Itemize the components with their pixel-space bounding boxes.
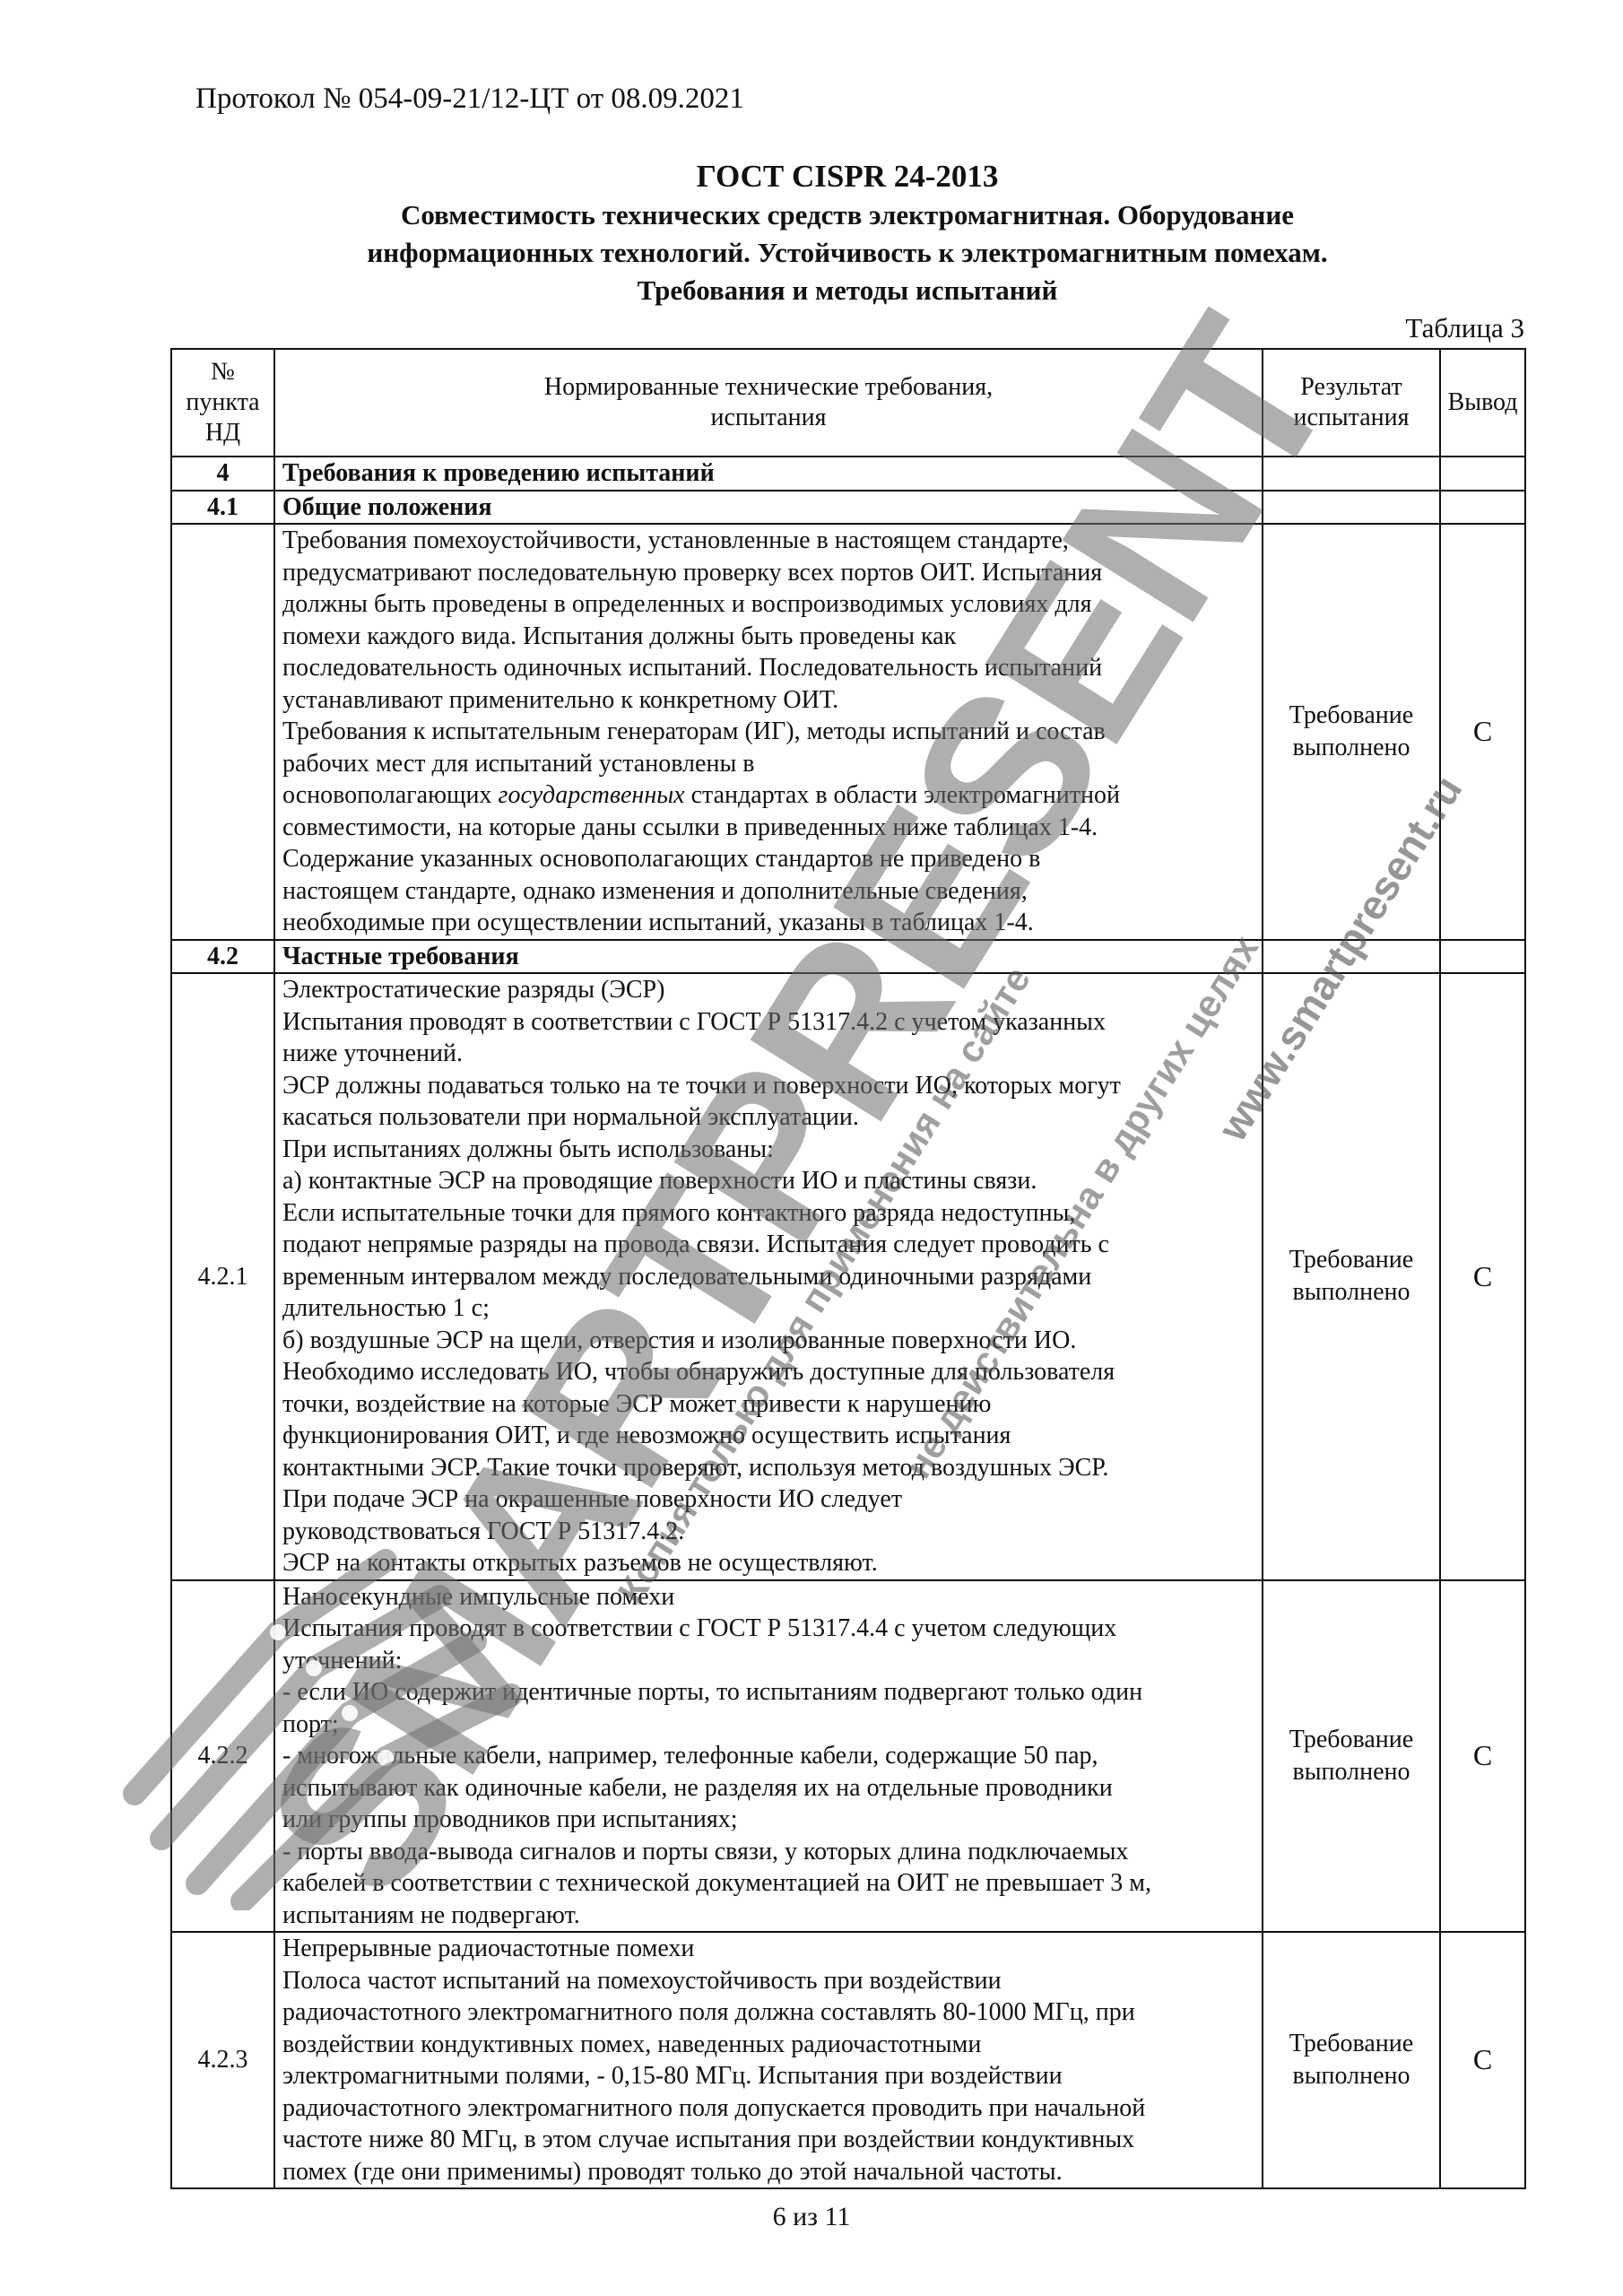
conclusion-cell xyxy=(1440,940,1525,974)
title-line: Совместимость технических средств электр… xyxy=(170,196,1524,234)
requirement-line: - порты ввода-вывода сигналов и порты св… xyxy=(282,1836,1254,1868)
section-title: Частные требования xyxy=(274,940,1263,974)
table-row: 4.2.1Электростатические разряды (ЭСР)Исп… xyxy=(171,973,1525,1580)
requirement-line: радиочастотного электромагнитного поля д… xyxy=(282,1996,1254,2029)
requirement-line: Испытания проводят в соответствии с ГОСТ… xyxy=(282,1613,1254,1645)
requirement-line: настоящем стандарте, однако изменения и … xyxy=(282,875,1254,908)
requirements-table: № пункта НД Нормированные технические тр… xyxy=(170,348,1526,2189)
requirement-line: порт; xyxy=(282,1709,1254,1741)
requirement-text: Требования помехоустойчивости, установле… xyxy=(274,524,1263,940)
conclusion-cell: С xyxy=(1440,973,1525,1580)
requirement-line: При подаче ЭСР на окрашенные поверхности… xyxy=(282,1483,1254,1516)
result-cell xyxy=(1263,491,1440,525)
requirement-line: При испытаниях должны быть использованы: xyxy=(282,1134,1254,1166)
header-text: № xyxy=(176,357,270,387)
requirement-line: испытывают как одиночные кабели, не разд… xyxy=(282,1772,1254,1805)
result-cell: Требованиевыполнено xyxy=(1263,524,1440,940)
requirement-line: временным интервалом между последователь… xyxy=(282,1261,1254,1293)
column-header-conclusion: Вывод xyxy=(1440,349,1525,457)
requirement-line: уточнений: xyxy=(282,1645,1254,1677)
column-header-requirements: Нормированные технические требования, ис… xyxy=(274,349,1263,457)
result-cell: Требованиевыполнено xyxy=(1263,1580,1440,1933)
table-row: 4.2.3Непрерывные радиочастотные помехиПо… xyxy=(171,1932,1525,2188)
header-text: НД xyxy=(176,418,270,448)
requirement-line: ЭСР должны подаваться только на те точки… xyxy=(282,1070,1254,1102)
requirement-line: б) воздушные ЭСР на щели, отверстия и из… xyxy=(282,1325,1254,1357)
requirement-line: контактными ЭСР. Такие точки проверяют, … xyxy=(282,1452,1254,1484)
section-number: 4 xyxy=(171,457,274,491)
requirement-line: последовательность одиночных испытаний. … xyxy=(282,652,1254,684)
requirement-line: - многожильные кабели, например, телефон… xyxy=(282,1740,1254,1772)
requirement-text: Электростатические разряды (ЭСР)Испытани… xyxy=(274,973,1263,1580)
result-text: Требование xyxy=(1271,700,1432,732)
requirement-text: Наносекундные импульсные помехиИспытания… xyxy=(274,1580,1263,1933)
requirement-line: испытаниям не подвергают. xyxy=(282,1900,1254,1932)
header-text: Результат xyxy=(1267,372,1436,403)
requirement-line: Необходимо исследовать ИО, чтобы обнаруж… xyxy=(282,1356,1254,1388)
item-number xyxy=(171,524,274,940)
requirement-line: необходимые при осуществлении испытаний,… xyxy=(282,907,1254,939)
requirement-line: кабелей в соответствии с технической док… xyxy=(282,1867,1254,1900)
result-text: выполнено xyxy=(1271,2060,1432,2092)
requirement-line: Полоса частот испытаний на помехоустойчи… xyxy=(282,1965,1254,1997)
standard-code: ГОСТ CISPR 24-2013 xyxy=(170,157,1524,196)
requirement-line: рабочих мест для испытаний установлены в xyxy=(282,748,1254,780)
requirement-line: электромагнитными полями, - 0,15-80 МГц.… xyxy=(282,2060,1254,2092)
conclusion-cell: С xyxy=(1440,1580,1525,1933)
title-line: информационных технологий. Устойчивость … xyxy=(170,234,1524,272)
requirement-line: Электростатические разряды (ЭСР) xyxy=(282,974,1254,1006)
requirement-text: Непрерывные радиочастотные помехиПолоса … xyxy=(274,1932,1263,2188)
requirement-line: касаться пользователи при нормальной экс… xyxy=(282,1101,1254,1134)
result-text: Требование xyxy=(1271,2028,1432,2060)
table-row: Требования помехоустойчивости, установле… xyxy=(171,524,1525,940)
requirement-line: Требования помехоустойчивости, установле… xyxy=(282,525,1254,557)
conclusion-cell: С xyxy=(1440,1932,1525,2188)
section-title: Общие положения xyxy=(274,491,1263,525)
requirement-line: подают непрямые разряды на провода связи… xyxy=(282,1229,1254,1261)
protocol-number: Протокол № 054-09-21/12-ЦТ от 08.09.2021 xyxy=(195,83,744,116)
table-header-row: № пункта НД Нормированные технические тр… xyxy=(171,349,1525,457)
requirement-line: - если ИО содержит идентичные порты, то … xyxy=(282,1676,1254,1709)
result-cell: Требованиевыполнено xyxy=(1263,973,1440,1580)
document-title-block: ГОСТ CISPR 24-2013 Совместимость техниче… xyxy=(170,157,1524,309)
requirement-line: устанавливают применительно к конкретном… xyxy=(282,684,1254,717)
section-row: 4Требования к проведению испытаний xyxy=(171,457,1525,491)
requirement-line: воздействии кондуктивных помех, наведенн… xyxy=(282,2029,1254,2061)
item-number: 4.2.3 xyxy=(171,1932,274,2188)
result-text: выполнено xyxy=(1271,1276,1432,1309)
requirement-line: ЭСР на контакты открытых разъемов не осу… xyxy=(282,1547,1254,1579)
result-cell xyxy=(1263,940,1440,974)
requirement-line: или группы проводников при испытаниях; xyxy=(282,1804,1254,1836)
result-cell xyxy=(1263,457,1440,491)
requirement-line: Испытания проводят в соответствии с ГОСТ… xyxy=(282,1006,1254,1039)
requirement-line: функционирования ОИТ, и где невозможно о… xyxy=(282,1420,1254,1452)
section-row: 4.2Частные требования xyxy=(171,940,1525,974)
result-cell: Требованиевыполнено xyxy=(1263,1932,1440,2188)
requirement-line: Содержание указанных основополагающих ст… xyxy=(282,843,1254,875)
column-header-num: № пункта НД xyxy=(171,349,274,457)
requirement-line: ниже уточнений. xyxy=(282,1038,1254,1070)
section-title: Требования к проведению испытаний xyxy=(274,457,1263,491)
requirement-line: основополагающих государственных стандар… xyxy=(282,779,1254,812)
requirement-line: должны быть проведены в определенных и в… xyxy=(282,588,1254,621)
requirement-line: помех (где они применимы) проводят тольк… xyxy=(282,2156,1254,2188)
conclusion-cell xyxy=(1440,491,1525,525)
header-text: испытания xyxy=(1267,403,1436,433)
result-text: Требование xyxy=(1271,1244,1432,1276)
result-text: выполнено xyxy=(1271,732,1432,764)
requirement-line: радиочастотного электромагнитного поля д… xyxy=(282,2092,1254,2125)
section-row: 4.1Общие положения xyxy=(171,491,1525,525)
result-text: Требование xyxy=(1271,1724,1432,1756)
title-line: Требования и методы испытаний xyxy=(170,272,1524,309)
section-number: 4.1 xyxy=(171,491,274,525)
page-number: 6 из 11 xyxy=(0,2202,1623,2232)
requirement-line: Требования к испытательным генераторам (… xyxy=(282,716,1254,748)
requirement-line: руководствоваться ГОСТ Р 51317.4.2. xyxy=(282,1516,1254,1548)
column-header-result: Результат испытания xyxy=(1263,349,1440,457)
requirement-line: длительностью 1 с; xyxy=(282,1292,1254,1325)
requirement-line: а) контактные ЭСР на проводящие поверхно… xyxy=(282,1165,1254,1197)
result-text: выполнено xyxy=(1271,1756,1432,1788)
conclusion-cell xyxy=(1440,457,1525,491)
requirement-line: Если испытательные точки для прямого кон… xyxy=(282,1197,1254,1230)
item-number: 4.2.1 xyxy=(171,973,274,1580)
item-number: 4.2.2 xyxy=(171,1580,274,1933)
requirement-line: помехи каждого вида. Испытания должны бы… xyxy=(282,621,1254,653)
header-text: пункта xyxy=(176,387,270,418)
requirement-line: Непрерывные радиочастотные помехи xyxy=(282,1933,1254,1965)
requirement-line: предусматривают последовательную проверк… xyxy=(282,557,1254,589)
requirement-line: частоте ниже 80 МГц, в этом случае испыт… xyxy=(282,2124,1254,2156)
header-text: Нормированные технические требования, xyxy=(279,372,1258,403)
requirement-line: совместимости, на которые даны ссылки в … xyxy=(282,812,1254,844)
section-number: 4.2 xyxy=(171,940,274,974)
table-label: Таблица 3 xyxy=(1405,312,1524,344)
header-text: испытания xyxy=(279,403,1258,433)
table-row: 4.2.2Наносекундные импульсные помехиИспы… xyxy=(171,1580,1525,1933)
requirement-line: точки, воздействие на которые ЭСР может … xyxy=(282,1388,1254,1421)
conclusion-cell: С xyxy=(1440,524,1525,940)
requirement-line: Наносекундные импульсные помехи xyxy=(282,1581,1254,1613)
